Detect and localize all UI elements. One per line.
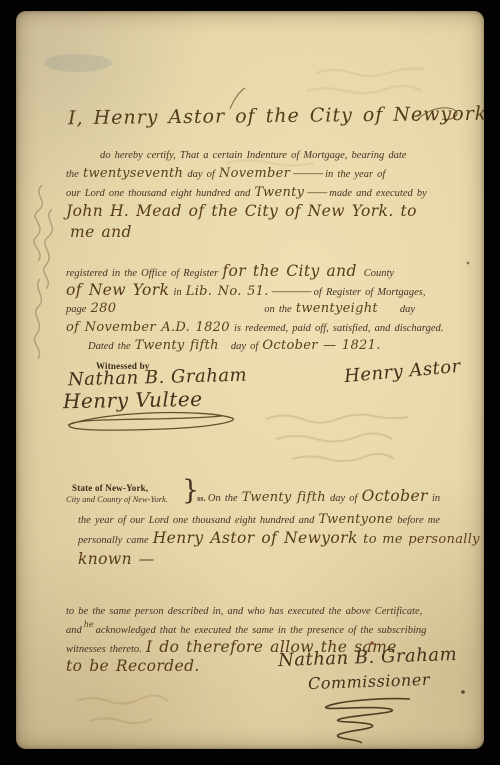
- text-run: witnesses thereto.: [66, 644, 146, 655]
- text-line: of New York in Lib. No. 51. ———— of Regi…: [66, 281, 466, 300]
- certification-paragraph: do hereby certify, That a certain Indent…: [66, 145, 466, 242]
- text-run: ——: [304, 186, 329, 199]
- state-label: State of New-York,: [72, 483, 148, 493]
- text-run: ————: [269, 285, 314, 298]
- text-run: day of: [326, 493, 362, 504]
- text-run: is redeemed, paid off, satisfied, and di…: [230, 323, 444, 334]
- text-run: to me personally: [358, 532, 480, 547]
- text-run: October: [362, 487, 428, 505]
- text-line: of November A.D. 1820 is redeemed, paid …: [66, 318, 466, 337]
- form-blank-space: [66, 348, 88, 349]
- astor-signature: Henry Astor: [343, 356, 461, 387]
- text-line: me and: [66, 223, 466, 242]
- text-run: registered in the Office of Register: [66, 268, 222, 279]
- text-run: of New York: [66, 281, 169, 299]
- witness-signature: Henry Vultee: [63, 387, 203, 413]
- registration-paragraph: registered in the Office of Register for…: [66, 262, 466, 355]
- form-blank-space: [219, 348, 231, 349]
- text-run: in the year of: [325, 169, 385, 180]
- text-line: John H. Mead of the City of New York. to: [66, 202, 466, 223]
- text-run: 280: [91, 301, 117, 316]
- text-run: for the City and: [222, 262, 363, 280]
- text-run: Twenty fifth: [242, 490, 326, 505]
- text-run: known —: [78, 550, 155, 568]
- text-run: he: [180, 625, 190, 636]
- text-line: the twentyseventh day of November ——— in…: [66, 164, 466, 183]
- text-run: of November A.D. 1820: [66, 320, 230, 335]
- text-run: acknowledged that: [96, 625, 181, 636]
- text-run: Twentyone: [319, 512, 394, 527]
- form-blank-space: [116, 311, 264, 312]
- text-run: County: [364, 268, 394, 279]
- text-run: to be Recorded.: [66, 657, 200, 675]
- text-run: before me: [393, 515, 440, 526]
- text-run: made and executed by: [329, 188, 427, 199]
- text-run: me and: [70, 223, 132, 241]
- text-run: Twenty: [255, 185, 305, 200]
- commissioner-flourish: [312, 695, 422, 747]
- text-run: do hereby certify, That a certain Indent…: [100, 150, 406, 161]
- text-run: and: [66, 625, 82, 636]
- text-run: November: [219, 166, 290, 181]
- margin-docket-script: [22, 179, 64, 379]
- text-run: Dated the: [88, 341, 135, 352]
- text-run: Lib. No. 51.: [186, 284, 269, 299]
- text-run: in: [428, 493, 440, 504]
- text-line: ss. On the Twenty fifth day of October i…: [197, 487, 440, 506]
- text-run: our Lord one thousand eight hundred and: [66, 188, 255, 199]
- text-run: day of: [231, 341, 263, 352]
- text-run: executed the same in the presence of the…: [190, 625, 426, 636]
- text-run: in: [169, 287, 185, 298]
- witness-signature: Nathan B. Graham: [68, 365, 248, 391]
- text-run: personally came: [78, 535, 153, 546]
- document-content: I, Henry Astor of the City of Newyork do…: [16, 11, 484, 749]
- text-run: page: [66, 304, 91, 315]
- text-run: ss.: [197, 493, 208, 503]
- text-run: October — 1821.: [262, 338, 380, 353]
- text-line: our Lord one thousand eight hundred and …: [66, 183, 466, 202]
- text-run: Twenty fifth: [135, 338, 219, 353]
- county-label: City and County of New-York.: [66, 494, 168, 504]
- text-line: personally came Henry Astor of Newyork t…: [78, 529, 480, 548]
- text-line: page 280on the twentyeightday: [66, 299, 466, 318]
- text-line: to be the same person described in, and …: [66, 601, 466, 620]
- text-run: Henry Astor of Newyork: [153, 529, 358, 547]
- text-line: the year of our Lord one thousand eight …: [78, 510, 440, 528]
- text-run: day of: [183, 169, 219, 180]
- text-run: ———: [290, 167, 325, 180]
- text-line: known —: [78, 550, 155, 569]
- opening-line: I, Henry Astor of the City of Newyork: [68, 103, 487, 129]
- text-line: registered in the Office of Register for…: [66, 262, 466, 281]
- text-run: John H. Mead of the City of New York. to: [66, 202, 417, 220]
- text-run: on the: [264, 304, 296, 315]
- commissioner-title: Commissioner: [308, 670, 431, 693]
- text-run: day: [400, 304, 415, 315]
- paper-sheet: I, Henry Astor of the City of Newyork do…: [16, 11, 484, 749]
- text-run: On the: [208, 493, 242, 504]
- text-run: twentyseventh: [83, 166, 183, 181]
- text-run: the: [66, 169, 83, 180]
- text-run: the year of our Lord one thousand eight …: [78, 515, 319, 526]
- form-blank-space: [378, 311, 400, 312]
- text-run: he: [84, 620, 94, 629]
- document-photo: I, Henry Astor of the City of Newyork do…: [0, 0, 500, 765]
- signature-flourish: [54, 409, 254, 437]
- text-run: of Register of Mortgages,: [314, 287, 426, 298]
- text-run: twentyeight: [296, 301, 378, 316]
- text-line: andheacknowledged that he executed the s…: [66, 620, 466, 639]
- text-run: to be the same person described in, and …: [66, 606, 422, 617]
- text-line: do hereby certify, That a certain Indent…: [66, 145, 466, 164]
- text-line: Dated the Twenty fifthday of October — 1…: [66, 336, 466, 355]
- notary-block: State of New-York, City and County of Ne…: [66, 477, 470, 573]
